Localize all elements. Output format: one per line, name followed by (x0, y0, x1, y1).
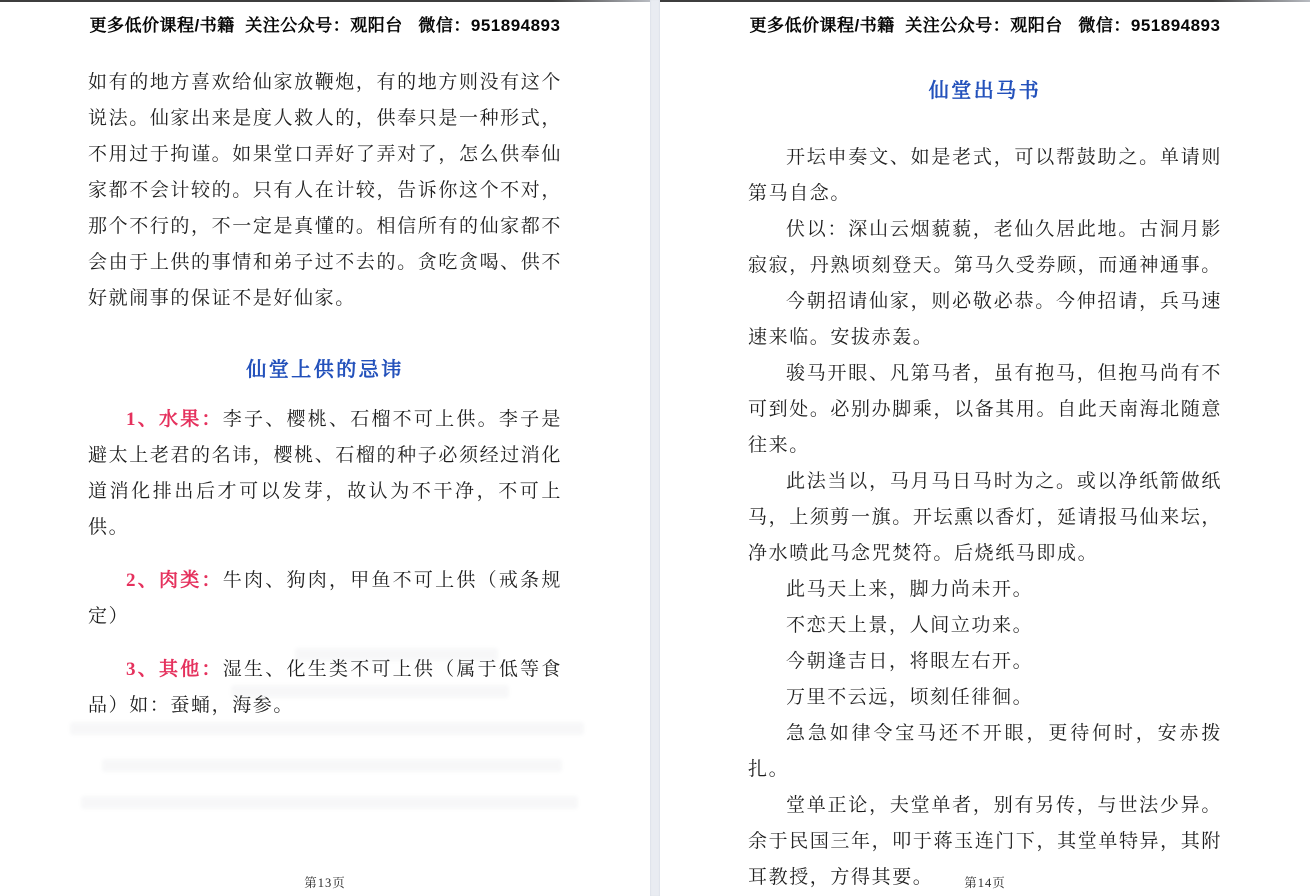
page-13: 更多低价课程/书籍 关注公众号：观阳台 微信：951894893 如有的地方喜欢… (0, 0, 650, 896)
paragraph: 今朝招请仙家，则必敬必恭。今伸招请，兵马速速来临。安拔赤轰。 (748, 284, 1222, 356)
page-number-13: 第13页 (0, 873, 650, 891)
taboo-item-2: 2、肉类：牛肉、狗肉，甲鱼不可上供（戒条规定） (88, 563, 562, 635)
page-gap-divider (650, 0, 660, 896)
verse-line: 此马天上来，脚力尚未开。 (748, 572, 1222, 608)
taboo-item-1: 1、水果：李子、樱桃、石榴不可上供。李子是避太上老君的名讳，樱桃、石榴的种子必须… (88, 402, 562, 546)
paragraph: 急急如律令宝马还不开眼，更待何时，安赤拨扎。 (748, 716, 1222, 788)
page-top-border (0, 0, 650, 2)
chapter-title: 仙堂出马书 (748, 76, 1222, 106)
page-14-content: 仙堂出马书 开坛申奏文、如是老式，可以帮鼓助之。单请则第马自念。 伏以：深山云烟… (660, 76, 1310, 896)
verse-line: 不恋天上景，人间立功来。 (748, 608, 1222, 644)
taboo-item-1-label: 1、水果： (126, 409, 223, 430)
taboo-item-2-label: 2、肉类： (126, 570, 223, 591)
page-number-14: 第14页 (660, 873, 1310, 891)
verse-line: 万里不云远，顷刻任徘徊。 (748, 680, 1222, 716)
verse-line: 今朝逢吉日，将眼左右开。 (748, 644, 1222, 680)
paragraph: 伏以：深山云烟藐藐，老仙久居此地。古洞月影寂寂，丹熟顷刻登天。第马久受券顾，而通… (748, 212, 1222, 284)
paragraph: 此法当以，马月马日马时为之。或以净纸箭做纸马，上须剪一旗。开坛熏以香灯，延请报马… (748, 464, 1222, 572)
page-top-border (660, 0, 1310, 2)
bleed-through-ghost-text (70, 648, 605, 848)
paragraph: 开坛申奏文、如是老式，可以帮鼓助之。单请则第马自念。 (748, 140, 1222, 212)
page-14: 更多低价课程/书籍 关注公众号：观阳台 微信：951894893 仙堂出马书 开… (660, 0, 1310, 896)
paragraph: 骏马开眼、凡第马者，虽有抱马，但抱马尚有不可到处。必别办脚乘，以备其用。自此天南… (748, 356, 1222, 464)
promo-header: 更多低价课程/书籍 关注公众号：观阳台 微信：951894893 (0, 0, 650, 36)
body-paragraph: 如有的地方喜欢给仙家放鞭炮，有的地方则没有这个说法。仙家出来是度人救人的，供奉只… (88, 65, 562, 317)
section-title: 仙堂上供的忌讳 (88, 355, 562, 385)
two-page-spread: 更多低价课程/书籍 关注公众号：观阳台 微信：951894893 如有的地方喜欢… (0, 0, 1310, 896)
promo-header: 更多低价课程/书籍 关注公众号：观阳台 微信：951894893 (660, 0, 1310, 36)
page-13-content: 如有的地方喜欢给仙家放鞭炮，有的地方则没有这个说法。仙家出来是度人救人的，供奉只… (0, 65, 650, 724)
